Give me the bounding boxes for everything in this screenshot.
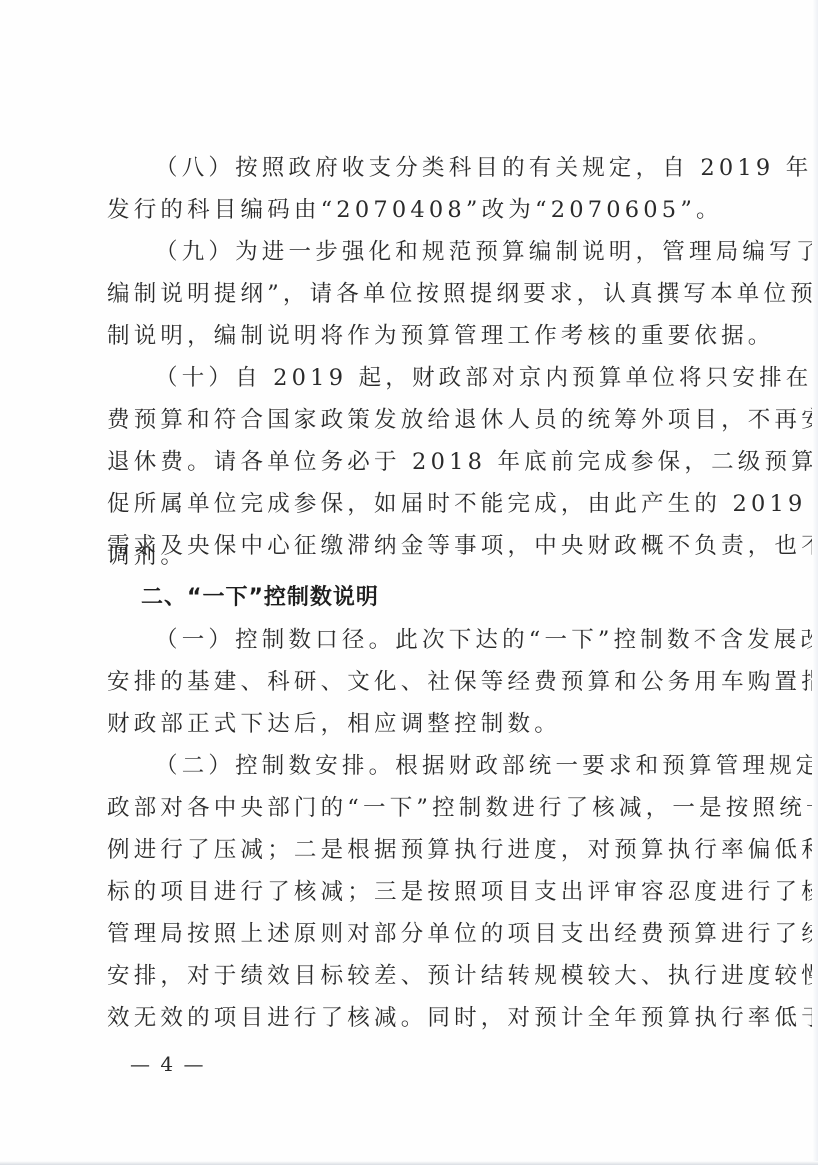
paragraph-line: 安排，对于绩效目标较差、预计结转规模较大、执行进度较慢和低 (107, 961, 717, 991)
paragraph-line: 退休费。请各单位务必于 2018 年底前完成参保，二级预算单位督 (107, 447, 717, 477)
paragraph-line: 管理局按照上述原则对部分单位的项目支出经费预算进行了统筹 (107, 919, 717, 949)
paragraph-line: （八）按照政府收支分类科目的有关规定，自 2019 年起，出版 (155, 153, 717, 183)
paragraph-line: 财政部正式下达后，相应调整控制数。 (107, 709, 717, 739)
scan-edge-bottom (0, 1161, 818, 1165)
paragraph-line: （十）自 2019 起，财政部对京内预算单位将只安排在职人员缴 (155, 363, 717, 393)
paragraph-line: 制说明，编制说明将作为预算管理工作考核的重要依据。 (107, 321, 717, 351)
paragraph-line: 费预算和符合国家政策发放给退休人员的统筹外项目，不再安排 (107, 405, 717, 435)
paragraph-line: （一）控制数口径。此次下达的“一下”控制数不含发展改革委 (155, 625, 717, 655)
paragraph-line: 编制说明提纲”，请各单位按照提纲要求，认真撰写本单位预算编 (107, 279, 717, 309)
section-heading: 二、“一下”控制数说明 (141, 583, 379, 613)
page-number: — 4 — (130, 1051, 205, 1077)
paragraph-line: 标的项目进行了核减；三是按照项目支出评审容忍度进行了核减。 (107, 877, 717, 907)
document-page: （八）按照政府收支分类科目的有关规定，自 2019 年起，出版 发行的科目编码由… (0, 0, 818, 1165)
paragraph-line: 政部对各中央部门的“一下”控制数进行了核减，一是按照统一比 (107, 793, 717, 823)
paragraph-line: 促所属单位完成参保，如届时不能完成，由此产生的 2019 年预算 (107, 489, 717, 519)
paragraph-line: 例进行了压减；二是根据预算执行进度，对预算执行率偏低和不达 (107, 835, 717, 865)
scan-edge-right (812, 0, 818, 1165)
paragraph-line: （二）控制数安排。根据财政部统一要求和预算管理规定，财 (155, 751, 717, 781)
paragraph-line: 发行的科目编码由“2070408”改为“2070605”。 (107, 195, 717, 225)
paragraph-line-end (107, 1013, 717, 1043)
paragraph-line: 调剂。 (107, 541, 717, 571)
paragraph-line: （九）为进一步强化和规范预算编制说明，管理局编写了“预算 (155, 237, 717, 267)
paragraph-line: 安排的基建、科研、文化、社保等经费预算和公务用车购置指标，待 (107, 667, 717, 697)
